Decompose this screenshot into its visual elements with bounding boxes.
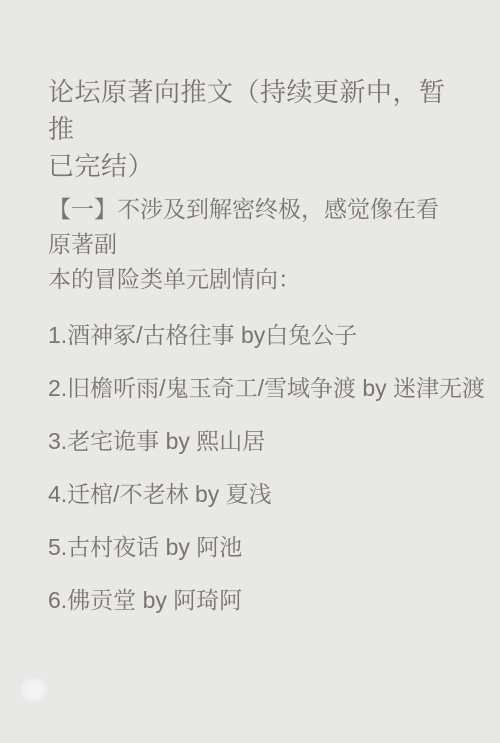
list-item: 4.迁棺/不老林 by 夏浅 [48,478,460,510]
faded-logo-watermark-icon [22,679,46,701]
list-item: 1.酒神冢/古格往事 by白兔公子 [48,319,460,351]
list-item: 5.古村夜话 by 阿池 [48,531,460,563]
post-title-line-2: 已完结） [48,148,460,185]
list-item: 3.老宅诡事 by 熙山居 [48,425,460,457]
section-intro-line-2: 本的冒险类单元剧情向： [48,262,460,297]
list-item: 6.佛贡堂 by 阿琦阿 [48,584,460,616]
post-title-line-1: 论坛原著向推文（持续更新中，暂推 [48,74,460,148]
recommendation-list: 1.酒神冢/古格往事 by白兔公子 2.旧檐听雨/鬼玉奇工/雪域争渡 by 迷津… [48,319,460,616]
post-title: 论坛原著向推文（持续更新中，暂推 已完结） [48,74,460,185]
list-item: 2.旧檐听雨/鬼玉奇工/雪域争渡 by 迷津无渡 [48,372,460,404]
post-image: 论坛原著向推文（持续更新中，暂推 已完结） 【一】不涉及到解密终极，感觉像在看原… [0,0,500,743]
section-intro-line-1: 【一】不涉及到解密终极，感觉像在看原著副 [48,192,460,262]
section-intro: 【一】不涉及到解密终极，感觉像在看原著副 本的冒险类单元剧情向： [48,192,460,297]
